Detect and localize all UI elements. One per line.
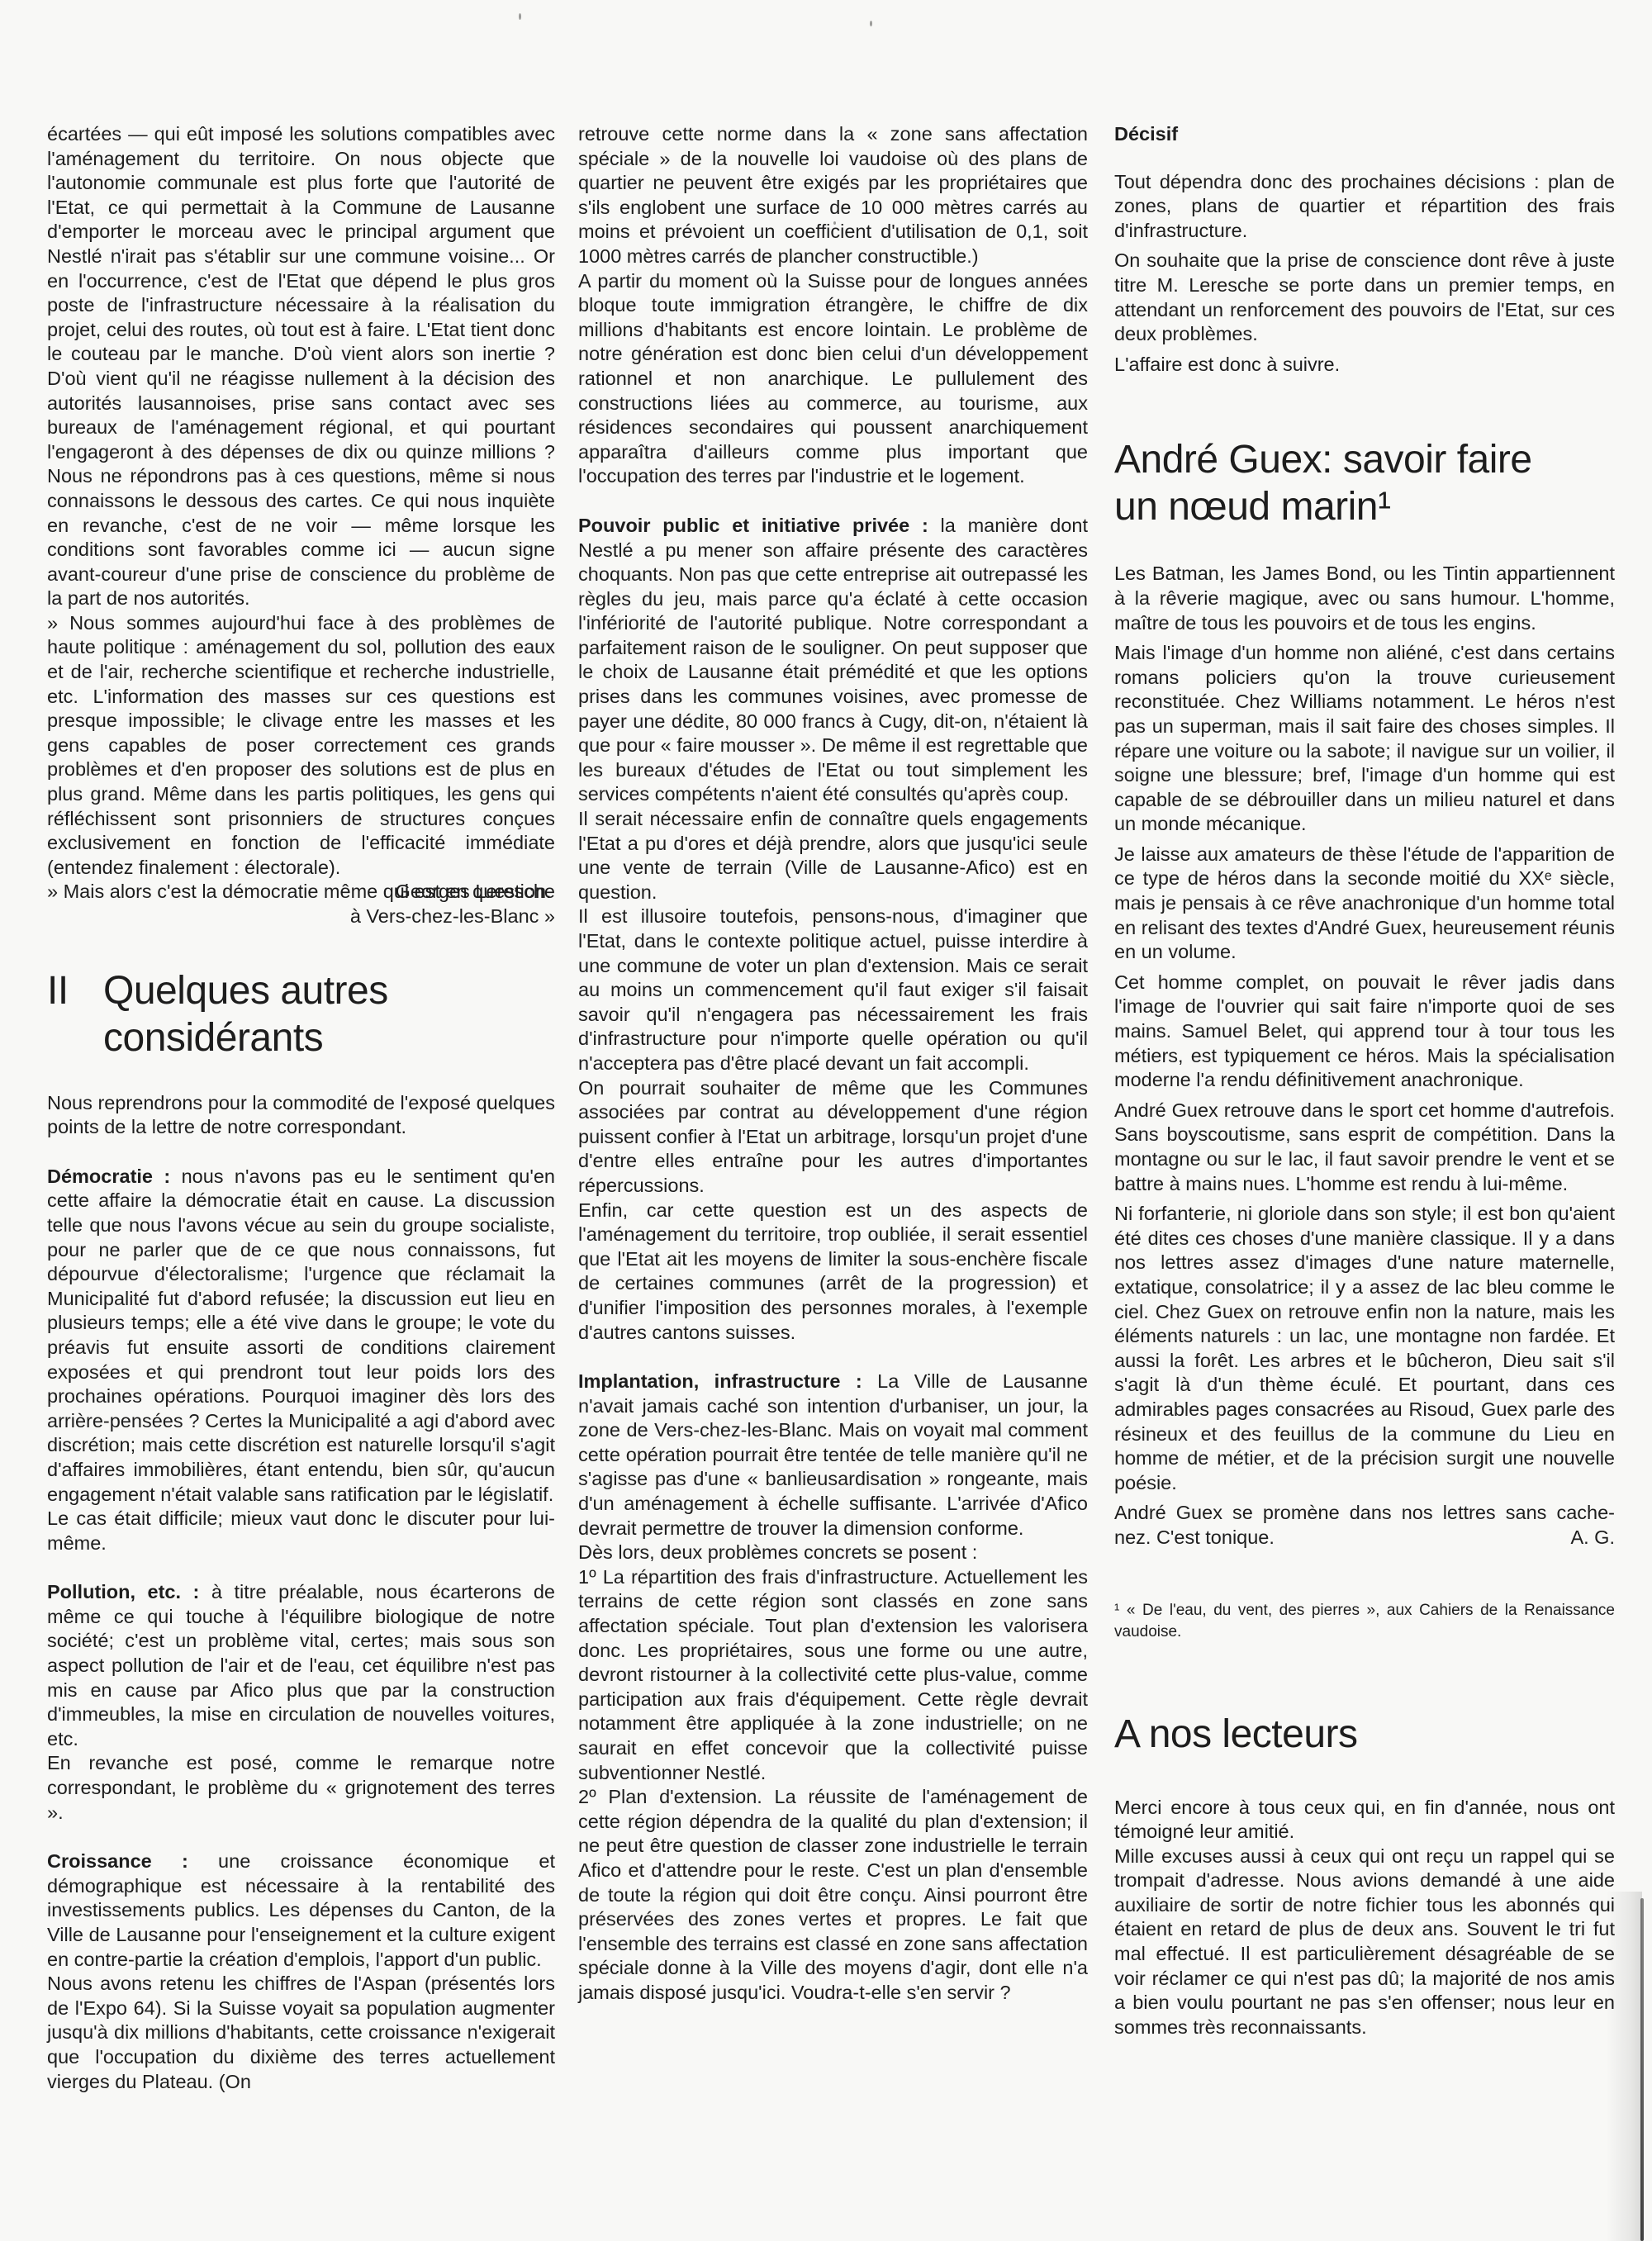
article-paragraph: Les Batman, les James Bond, ou les Tinti… [1114, 562, 1615, 635]
article-headline: André Guex: savoir faire un nœud marin¹ [1114, 436, 1615, 530]
body-paragraph: Enfin, car cette question est un des asp… [578, 1199, 1088, 1346]
lecteurs-paragraph: Merci encore à tous ceux qui, en fin d'a… [1114, 1796, 1615, 1845]
column-middle: retrouve cette norme dans la « zone sans… [578, 122, 1088, 2006]
list-item-2: 2º Plan d'extension. La réussite de l'am… [578, 1785, 1088, 2005]
footnote: ¹ « De l'eau, du vent, des pierres », au… [1114, 1600, 1615, 1643]
intro-paragraph: Nous reprendrons pour la commodité de l'… [47, 1091, 555, 1140]
body-paragraph: Il serait nécessaire enfin de connaître … [578, 807, 1088, 904]
pouvoir-paragraph: Pouvoir public et initiative privée : la… [578, 514, 1088, 807]
column-left: écartées — qui eût imposé les solutions … [47, 122, 555, 2094]
decisif-paragraph: Tout dépendra donc des prochaines décisi… [1114, 170, 1615, 244]
list-item-1: 1º La répartition des frais d'infrastruc… [578, 1565, 1088, 1785]
section-heading-line1: Quelques autres [103, 967, 388, 1014]
signature-place: à Vers-chez-les-Blanc » [47, 904, 555, 929]
pollution-paragraph-2: En revanche est posé, comme le remarque … [47, 1751, 555, 1825]
croissance-label: Croissance : [47, 1850, 188, 1872]
page-edge-shadow [1606, 1892, 1642, 2241]
section-numeral: II [47, 967, 103, 1061]
article-headline-line1: André Guex: savoir faire [1114, 436, 1615, 483]
scan-speck [833, 221, 836, 225]
body-paragraph: On pourrait souhaiter de même que les Co… [578, 1076, 1088, 1199]
implantation-paragraph: Implantation, infrastructure : La Ville … [578, 1370, 1088, 1541]
section-heading-line2: considérants [103, 1014, 388, 1061]
pollution-paragraph: Pollution, etc. : à titre préalable, nou… [47, 1580, 555, 1751]
letter-paragraph: écartées — qui eût imposé les solutions … [47, 122, 555, 611]
democratie-paragraph-2: Le cas était difficile; mieux vaut donc … [47, 1507, 555, 1555]
scan-speck [870, 21, 872, 26]
article-paragraph: Mais l'image d'un homme non aliéné, c'es… [1114, 641, 1615, 837]
lecteurs-heading: A nos lecteurs [1114, 1711, 1615, 1758]
scan-speck [519, 13, 521, 20]
body-paragraph: retrouve cette norme dans la « zone sans… [578, 122, 1088, 269]
implantation-label: Implantation, infrastructure : [578, 1370, 862, 1392]
newspaper-page: écartées — qui eût imposé les solutions … [0, 0, 1652, 2241]
body-paragraph: Dès lors, deux problèmes concrets se pos… [578, 1541, 1088, 1565]
croissance-paragraph: Croissance : une croissance économique e… [47, 1849, 555, 1972]
lecteurs-paragraph: Mille excuses aussi à ceux qui ont reçu … [1114, 1845, 1615, 2040]
column-right: Décisif Tout dépendra donc des prochaine… [1114, 122, 1615, 2039]
croissance-paragraph-2: Nous avons retenu les chiffres de l'Aspa… [47, 1972, 555, 2094]
letter-paragraph: » Nous sommes aujourd'hui face à des pro… [47, 611, 555, 881]
article-paragraph: Ni forfanterie, ni gloriole dans son sty… [1114, 1202, 1615, 1495]
article-paragraph: Je laisse aux amateurs de thèse l'étude … [1114, 843, 1615, 965]
pollution-label: Pollution, etc. : [47, 1581, 199, 1602]
body-paragraph: Il est illusoire toutefois, pensons-nous… [578, 904, 1088, 1075]
page-edge-line [1640, 1898, 1644, 2241]
decisif-paragraph: On souhaite que la prise de conscience d… [1114, 249, 1615, 346]
decisif-heading: Décisif [1114, 122, 1615, 147]
section-heading-text: Quelques autres considérants [103, 967, 388, 1061]
pouvoir-label: Pouvoir public et initiative privée : [578, 515, 928, 536]
decisif-paragraph: L'affaire est donc à suivre. [1114, 353, 1615, 377]
article-paragraph: André Guex retrouve dans le sport cet ho… [1114, 1099, 1615, 1196]
article-headline-line2: un nœud marin¹ [1114, 483, 1615, 530]
article-paragraph: Cet homme complet, on pouvait le rêver j… [1114, 971, 1615, 1093]
democratie-label: Démocratie : [47, 1166, 170, 1187]
democratie-paragraph: Démocratie : nous n'avons pas eu le sent… [47, 1165, 555, 1507]
body-paragraph: A partir du moment où la Suisse pour de … [578, 269, 1088, 489]
section-heading: II Quelques autres considérants [47, 967, 555, 1061]
